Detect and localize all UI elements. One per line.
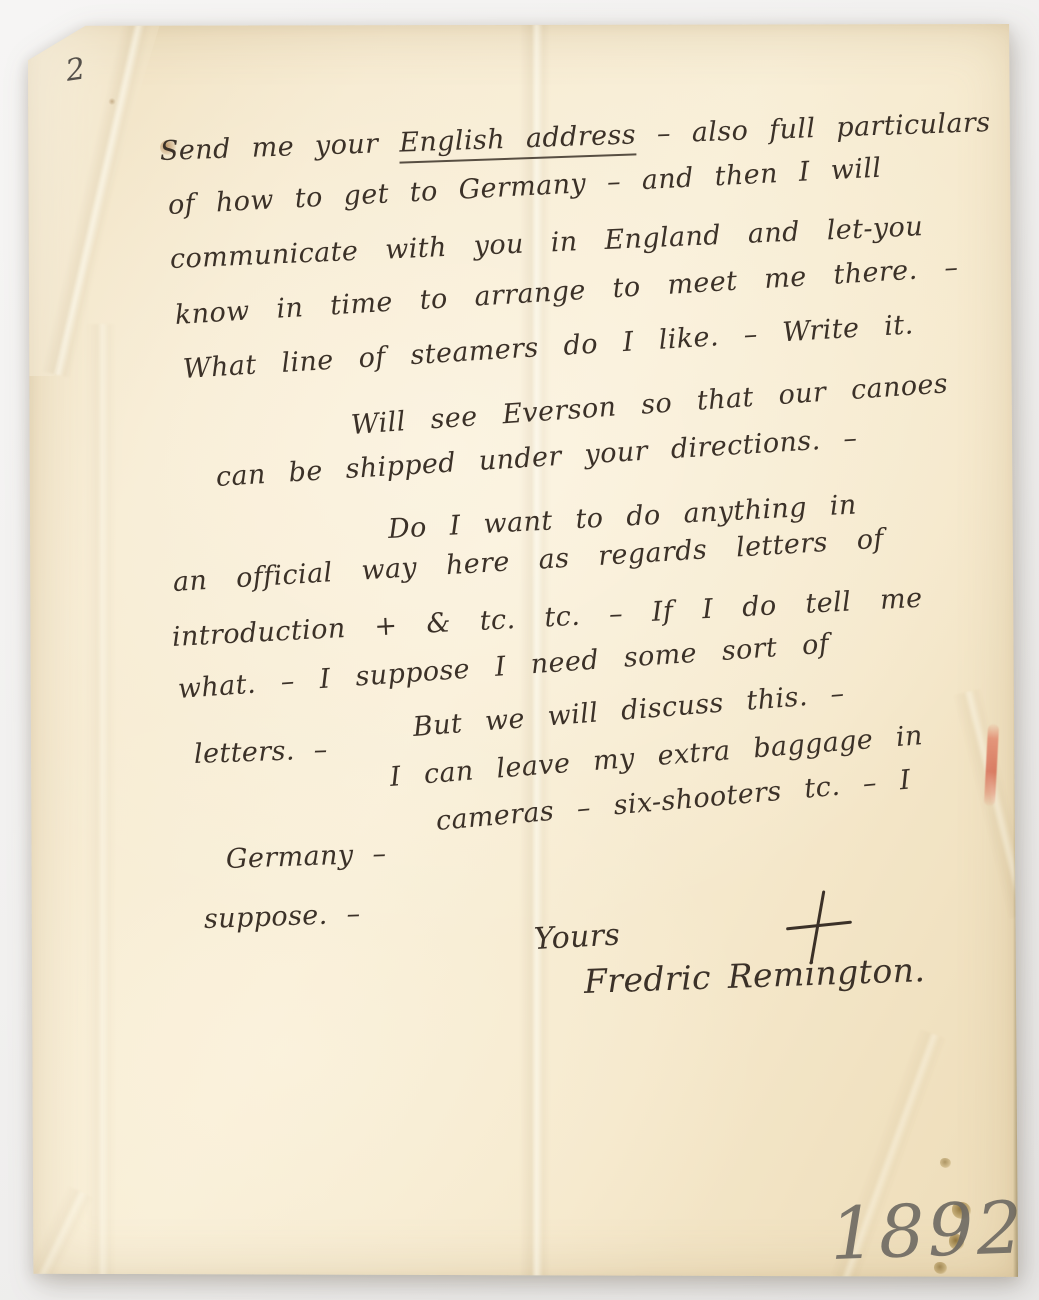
- letter-line: can be shipped under your directions. –: [215, 423, 858, 493]
- signature: Fredric Remington.: [583, 950, 925, 1001]
- stain-crumb: [956, 1278, 973, 1293]
- letter-page-wrap: 2 Send me your English address – also fu…: [28, 24, 1018, 1280]
- page-number: 2: [64, 51, 88, 88]
- valediction: Yours: [533, 918, 621, 957]
- underlined-text: English address: [399, 119, 637, 163]
- stain-crumb: [940, 1158, 951, 1168]
- line-text: – also full particulars: [635, 107, 991, 150]
- letter-page: 2 Send me your English address – also fu…: [28, 24, 1018, 1280]
- year-annotation: 1892: [829, 1185, 1027, 1276]
- letter-line: Will see Everson so that our canoes: [350, 368, 949, 441]
- crease-bottom-left: [21, 1185, 94, 1293]
- crease-top-left: [42, 13, 154, 378]
- stain-crumb: [966, 1296, 979, 1300]
- letter-line: Germany –: [225, 838, 386, 875]
- line-text: Send me your: [159, 128, 399, 167]
- paper-speck: [108, 98, 116, 105]
- crease-vertical-left: [86, 324, 116, 1280]
- letter-line: suppose. –: [203, 899, 361, 935]
- scan-background: 2 Send me your English address – also fu…: [0, 0, 1039, 1300]
- crease-right-side: [952, 688, 1037, 918]
- corner-fold: [28, 24, 160, 376]
- red-pencil-mark: [984, 724, 999, 806]
- letter-line: letters. –: [193, 734, 328, 770]
- signature-flourish: [786, 921, 852, 931]
